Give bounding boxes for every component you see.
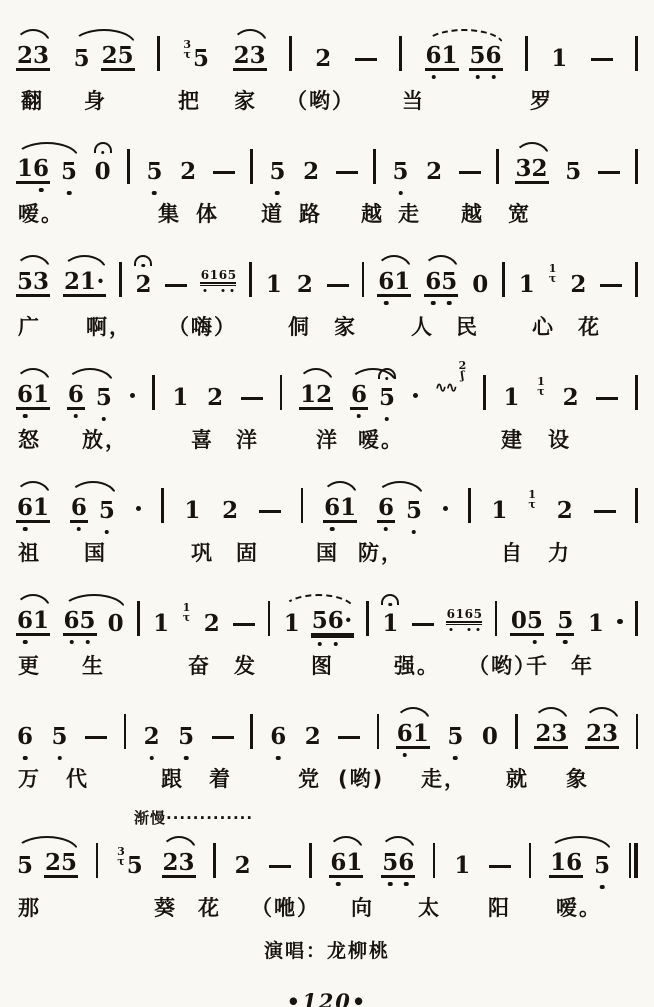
note-unit: 21· [63,269,106,297]
lyric-syllable: 党 [298,763,321,793]
final-barline [629,843,638,878]
note-group-part: 5 [145,159,163,184]
note-unit: 2 [134,272,152,297]
note-group-part: 5 [405,498,423,523]
note: 6 [71,495,87,520]
note-unit: 3τ5 [116,853,144,878]
note-group-part: 0 [471,272,489,297]
note: 5 [193,46,209,71]
lyric-syllable: 路 [299,198,322,228]
note: 6 [378,269,394,294]
barline [502,262,505,297]
note: 5 [470,43,486,68]
note: 6 [330,850,346,875]
bar-thin [629,843,632,878]
lyric-syllable: 太 [418,892,441,922]
note-group-part: 61 [16,382,50,410]
note-unit: 6 [269,724,287,749]
music-system: 616512616511τ2祖国巩固国防，自力 [6,468,648,564]
lyric-syllable: 强。 [394,650,440,680]
augmentation-dot [130,393,136,399]
lyric-syllable: 罗 [530,85,553,115]
small-note: 1 [455,608,464,621]
note: 2 [586,721,602,746]
note-unit: 1 [587,611,605,636]
barline [468,488,471,523]
lyric-syllable: 嗳。 [18,198,64,228]
note-group-part: 5 [564,159,582,184]
note-group-part: 2 [206,385,224,410]
note-group-part: 0 [107,611,125,636]
duration-dash [338,736,360,740]
note: 1 [33,495,49,520]
lyric-syllable: 家 [334,311,357,341]
note: 2 [535,721,551,746]
note: 1 [442,43,458,68]
note: 1 [551,46,567,71]
note: 5 [74,46,90,71]
note-unit: 525 [16,850,78,878]
note: 3 [33,269,49,294]
grace-note-glyph: ʃ [461,371,465,381]
small-note: 6 [200,269,209,282]
note-unit: 165 [16,156,78,184]
note: 0 [95,159,111,184]
augmentation-dot [413,393,419,399]
lyric-syllable: 年 [571,650,594,680]
barline [309,843,312,878]
note-unit: 23 [162,850,196,878]
note-group-part: 25 [44,850,78,878]
barline [137,601,140,636]
lyric-syllable: 喜 [191,424,214,454]
note: 6 [17,495,33,520]
note-unit: 2 [425,159,443,184]
lyric-syllable: 着 [209,763,232,793]
note-unit: 2 [562,385,580,410]
note: 2 [135,272,151,297]
note: 2 [234,43,250,68]
note-unit: 65 [350,382,396,410]
lyric-syllable: 图 [311,650,334,680]
note-group-part: 61 [16,495,50,523]
barline [399,36,402,71]
note: 5 [393,159,409,184]
barline [161,488,164,523]
note-group-part: 5 [177,724,195,749]
note-group-part: 2 [296,272,314,297]
note: 6 [425,269,441,294]
barline [250,714,253,749]
note-unit: 56 [381,850,415,878]
note-group-part: 5 [16,853,34,878]
lyric-syllable: 越 [361,198,384,228]
grace-note-glyph: τ [117,857,124,867]
note-unit: 5 [446,724,464,749]
lyrics-line: 更生奋发图强。（哟）千年 [6,650,648,677]
note-unit: 2 [234,853,252,878]
note-unit: 23 [16,43,50,71]
barline [635,262,638,297]
grace-note: 1τ [537,377,545,397]
note: 3 [250,43,266,68]
music-system: 6165121265∿∿2ʃ11τ2怒放，喜洋洋嗳。建设 [6,355,648,451]
lyric-syllable: 阳 [488,892,511,922]
note-unit: 2 [296,272,314,297]
barline [280,375,283,410]
augmentation-dot: · [96,269,105,294]
lyric-syllable: 把 [178,85,201,115]
note: 5 [96,385,112,410]
note: 0 [511,608,527,633]
note: 5 [557,608,573,633]
augmentation-dot [443,506,449,512]
small-note: 1 [209,269,218,282]
note: 5 [527,608,543,633]
note: 2 [532,156,548,181]
note-group-part: 16 [549,850,583,878]
note: 6 [426,43,442,68]
note-group-part: 23 [585,721,619,749]
lyric-syllable: 身 [84,85,107,115]
small-note: 6 [446,608,455,621]
note-unit: 23 [233,43,267,71]
barline [289,36,292,71]
note: 1 [454,853,470,878]
note: 0 [472,272,488,297]
lyric-syllable: 向 [351,892,374,922]
note-unit: 5 [145,159,163,184]
note-unit: 65 [70,495,116,523]
lyrics-line: 翻身把家（哟）当罗 [6,85,648,112]
note-unit: 156· [283,608,354,636]
duration-dash [85,736,107,740]
lyric-syllable: 洋 [316,424,339,454]
barline [433,843,436,878]
tempo-marking: 渐慢············· [134,807,253,828]
note: 6 [351,382,367,407]
lyric-syllable: 走 [398,198,421,228]
note: 2 [17,43,33,68]
performer-credit: 演唱：龙柳桃 [6,936,648,963]
note-unit: 61 [323,495,357,523]
music-system: 渐慢·············5253τ523261561165那葵花（咃）向太… [6,807,648,919]
note-unit: 05 [510,608,544,636]
note-unit: 61 [16,382,50,410]
notation-line: 5253τ523261561165 [6,823,648,891]
note-group-part: 2 [302,159,320,184]
note-unit: 2 [302,159,320,184]
note-unit: 12 [299,382,333,410]
note: 2 [222,498,238,523]
note-unit: 1 [183,498,201,523]
note-group-part: 21· [63,269,106,297]
note-unit: 2 [179,159,197,184]
note-unit: 65 [424,269,458,297]
barline [515,714,518,749]
note-unit: 3τ5 [182,46,210,71]
note-group-part: 61 [323,495,357,523]
note-unit: 32 [515,156,549,184]
duration-dash [336,171,358,175]
note-group-part: 61 [425,43,459,71]
bar-thick [634,843,638,878]
lyric-syllable: 体 [196,198,219,228]
note: 5 [127,853,143,878]
music-system: 65256261502323万代跟着党(哟)走，就象 [6,694,648,790]
lyric-syllable: 自 [501,537,524,567]
note: 6 [17,608,33,633]
note: 6 [566,850,582,875]
music-system: 5321·26165126165011τ2广啊，（嗨）侗家人民心花 [6,242,648,338]
barline [250,149,253,184]
lyric-syllable: 嗳。 [358,424,404,454]
note-group-part: 1 [453,853,471,878]
note-unit: 61 [16,495,50,523]
note-group-part: 05 [510,608,544,636]
small-grace-notes: 6165 [446,608,482,623]
lyric-syllable: 啊， [86,311,132,341]
note: 3 [602,721,618,746]
note-group-part: 2 [134,272,152,297]
note: 6 [324,495,340,520]
note: 2 [204,611,220,636]
note: 2 [303,159,319,184]
note: 3 [516,156,532,181]
note-group-part: 3τ5 [116,853,144,878]
note: 3 [551,721,567,746]
note-group-part: 1 [550,46,568,71]
duration-dash [594,510,616,514]
grace-note: 1τ [549,264,557,284]
lyric-syllable: 国 [84,537,107,567]
note-unit: 0 [94,159,112,184]
note: 5 [178,724,194,749]
note-group-part: 2 [234,853,252,878]
note-unit: 65 [67,382,113,410]
note: 6 [397,721,413,746]
note-group-part: 56 [381,850,415,878]
note: 1 [340,495,356,520]
note: 5 [594,853,610,878]
note: 2 [297,272,313,297]
lyric-syllable: 更 [18,650,41,680]
note-group-part: 0 [94,159,112,184]
note: 5 [61,850,77,875]
duration-dash [459,171,481,175]
note-unit: 61 [377,269,411,297]
note: 5 [61,159,77,184]
note-group-part: 5 [593,853,611,878]
note: 5 [52,724,68,749]
lyric-syllable: 那 [18,892,41,922]
small-note: 5 [473,608,482,621]
note-group-part: 23 [534,721,568,749]
barline [635,488,638,523]
note-group-part: 32 [515,156,549,184]
note-unit: 2 [304,724,322,749]
note: 2 [64,269,80,294]
lyric-syllable: 巩 [191,537,214,567]
note: 5 [447,724,463,749]
note: 6 [17,382,33,407]
note: 2 [45,850,61,875]
note-group-part: 1 [183,498,201,523]
note: 6 [64,608,80,633]
note: 5 [269,159,285,184]
note-group-part: 5 [51,724,69,749]
note-group-part: 1 [502,385,520,410]
lyric-syllable: 花 [198,892,221,922]
note-group-part: 2 [143,724,161,749]
note-group-part: 23 [162,850,196,878]
note-group-part: 23 [233,43,267,71]
note: 2 [180,159,196,184]
barline [119,262,122,297]
note: 2 [235,853,251,878]
small-grace-notes: 6165 [200,269,236,284]
note-unit: 2 [206,385,224,410]
notation-line: 1650525252325 [6,129,648,197]
grace-note-glyph: τ [549,274,556,284]
tempo-row: 渐慢············· [6,807,648,829]
fermata-icon [134,255,152,266]
note: 0 [108,611,124,636]
note-group-part: 5 [95,385,113,410]
barline [377,714,380,749]
note-group-part: 1 [587,611,605,636]
grace-note: 2ʃ [459,361,467,381]
duration-dash [213,171,235,175]
lyric-syllable: 家 [234,85,257,115]
note-group-part: 61 [329,850,363,878]
note: 6 [486,43,502,68]
note: 6 [378,495,394,520]
lyric-syllable: 代 [66,763,89,793]
note-unit: 5 [556,608,574,636]
lyric-syllable: 千 [526,650,549,680]
note: 1 [184,498,200,523]
lyric-syllable: 宽 [508,198,531,228]
lyric-syllable: 侗 [288,311,311,341]
note: 1 [346,850,362,875]
note: 2 [316,382,332,407]
note-group-part: 65 [424,269,458,297]
barline [157,36,160,71]
note: 1 [300,382,316,407]
note-unit: 0 [481,724,499,749]
sheet-music-page: 235253τ523261561翻身把家（哟）当罗1650525252325嗳。… [0,0,654,1007]
note-group-part: 6 [67,382,85,410]
note-group-part: 2 [221,498,239,523]
lyric-syllable: 洋 [236,424,259,454]
augmentation-dot [136,506,142,512]
barline [124,714,127,749]
music-system: 1650525252325嗳。集体道路越走越宽 [6,129,648,225]
note: 2 [305,724,321,749]
note: 5 [441,269,457,294]
note: 3 [179,850,195,875]
note-unit: 1 [490,498,508,523]
note-group-part: 2 [569,272,587,297]
note-unit: 61 [329,850,363,878]
note-unit: 2 [569,272,587,297]
barline [96,843,99,878]
augmentation-dot [617,619,623,625]
lyric-syllable: 嗳。 [556,892,602,922]
barline [268,601,271,636]
note-group-part: 2 [304,724,322,749]
note-group-part: 5 [378,385,396,410]
fermata-icon [378,368,396,379]
note-unit: 0 [471,272,489,297]
lyric-syllable: 就 [506,763,529,793]
lyric-syllable: 设 [548,424,571,454]
note-group-part: 1 [265,272,283,297]
note-unit: 65 [377,495,423,523]
note: 5 [99,498,115,523]
note: 5 [118,43,134,68]
note-group-part: 12 [299,382,333,410]
small-note: 6 [218,269,227,282]
note-group-part: 2 [314,46,332,71]
note: 1 [588,611,604,636]
barline [529,843,532,878]
note: 2 [102,43,118,68]
lyric-syllable: 建 [501,424,524,454]
note: 5 [382,850,398,875]
note: 1 [266,272,282,297]
lyric-syllable: 葵 [154,892,177,922]
page-number: •120• [6,989,648,1007]
note: 2 [144,724,160,749]
note: 6 [328,608,344,633]
note-unit: 2 [556,498,574,523]
note-unit: 6156 [425,43,503,71]
note: 1 [550,850,566,875]
lyric-syllable: 放， [82,424,128,454]
wavy-line-icon: ∿∿ [435,382,456,394]
note: 1 [503,385,519,410]
note-unit: 6 [16,724,34,749]
note-group-part: 6 [377,495,395,523]
lyric-syllable: （哟） [286,85,355,115]
note-unit: 2 [143,724,161,749]
note: 2 [563,385,579,410]
note-group-part: 25 [101,43,135,71]
barline [127,149,130,184]
lyric-syllable: 心 [532,311,555,341]
note: 1 [519,272,535,297]
music-system: 6165011τ2156·161650551更生奋发图强。（哟）千年 [6,581,648,677]
lyrics-line: 那葵花（咃）向太阳嗳。 [6,892,648,919]
note-group-part: 5 [556,608,574,636]
notation-line: 616512616511τ2 [6,468,648,536]
duration-dash [165,284,187,288]
note-unit: 61 [396,721,430,749]
note-group-part: 5 [73,46,91,71]
note-unit: 5 [51,724,69,749]
note-unit: 1 [518,272,536,297]
barline [366,601,369,636]
barline [635,375,638,410]
note: 1 [172,385,188,410]
note: 1 [413,721,429,746]
note-group-part: 5 [446,724,464,749]
lyric-syllable: （嗨） [168,311,237,341]
lyric-syllable: 固 [236,537,259,567]
note-group-part: 2 [556,498,574,523]
